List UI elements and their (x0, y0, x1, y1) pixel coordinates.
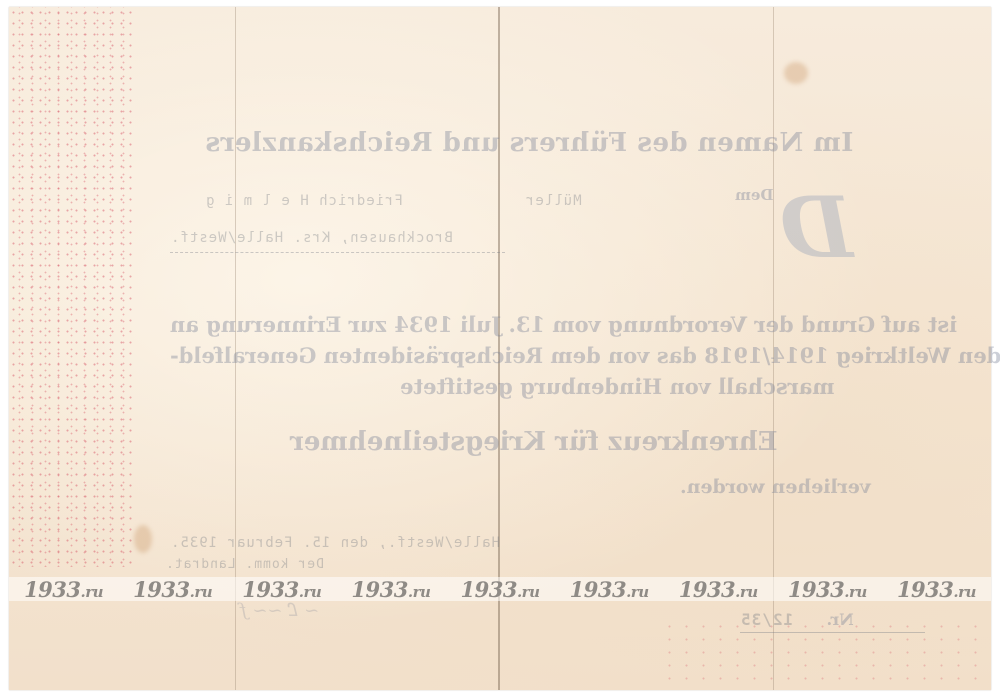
number-label: Nr. (827, 610, 854, 629)
red-speckle-texture-corner (661, 620, 991, 690)
watermark-text: 1933.ru (788, 577, 867, 602)
award-title: Ehrenkreuz für Kriegsteilnehmer (290, 427, 778, 457)
ornamental-initial: D (780, 178, 853, 277)
recipient-occupation: Müller (525, 193, 582, 209)
certificate-heading: Im Namen des Führers und Reichskanzlers (205, 128, 853, 158)
body-line-3: marschall von Hindenburg gestiftete (400, 374, 835, 399)
recipient-name: Friedrich H e l m i g (205, 193, 403, 209)
watermark-text: 1933.ru (679, 577, 758, 602)
place-and-date: Halle/Westf., den 15. Februar 1935. (170, 535, 500, 551)
dem-label: Dem (735, 186, 773, 204)
watermark-text: 1933.ru (24, 577, 103, 602)
signature: ~ Ꮭ ~~ ƒ (240, 600, 319, 621)
number-underline (740, 632, 925, 633)
watermark-text: 1933.ru (570, 577, 649, 602)
number-value: 12/35 (740, 610, 793, 629)
recipient-place: Brockhausen, Krs. Halle/Westf. (170, 230, 453, 246)
watermark-text: 1933.ru (133, 577, 212, 602)
date-separator: , den (340, 535, 387, 551)
issuing-authority: Der komm. Landrat. (165, 557, 324, 572)
body-line-1: ist auf Grund der Verordnung vom 13. Jul… (170, 312, 957, 337)
stain (134, 525, 152, 553)
watermark-band: 1933.ru 1933.ru 1933.ru 1933.ru 1933.ru … (9, 577, 991, 601)
issue-place: Halle/Westf. (387, 535, 500, 551)
stain (784, 62, 808, 84)
number-field: Nr. 12/35 (740, 610, 854, 629)
watermark-text: 1933.ru (897, 577, 976, 602)
red-speckle-texture (9, 7, 134, 567)
awarded-text: verliehen worden. (680, 476, 871, 498)
watermark-text: 1933.ru (351, 577, 430, 602)
body-line-2: den Weltkrieg 1914/1918 das von dem Reic… (170, 343, 1000, 368)
issue-date: 15. Februar 1935. (170, 535, 330, 551)
watermark-text: 1933.ru (242, 577, 321, 602)
watermark-text: 1933.ru (461, 577, 540, 602)
dotted-underline (170, 252, 505, 253)
